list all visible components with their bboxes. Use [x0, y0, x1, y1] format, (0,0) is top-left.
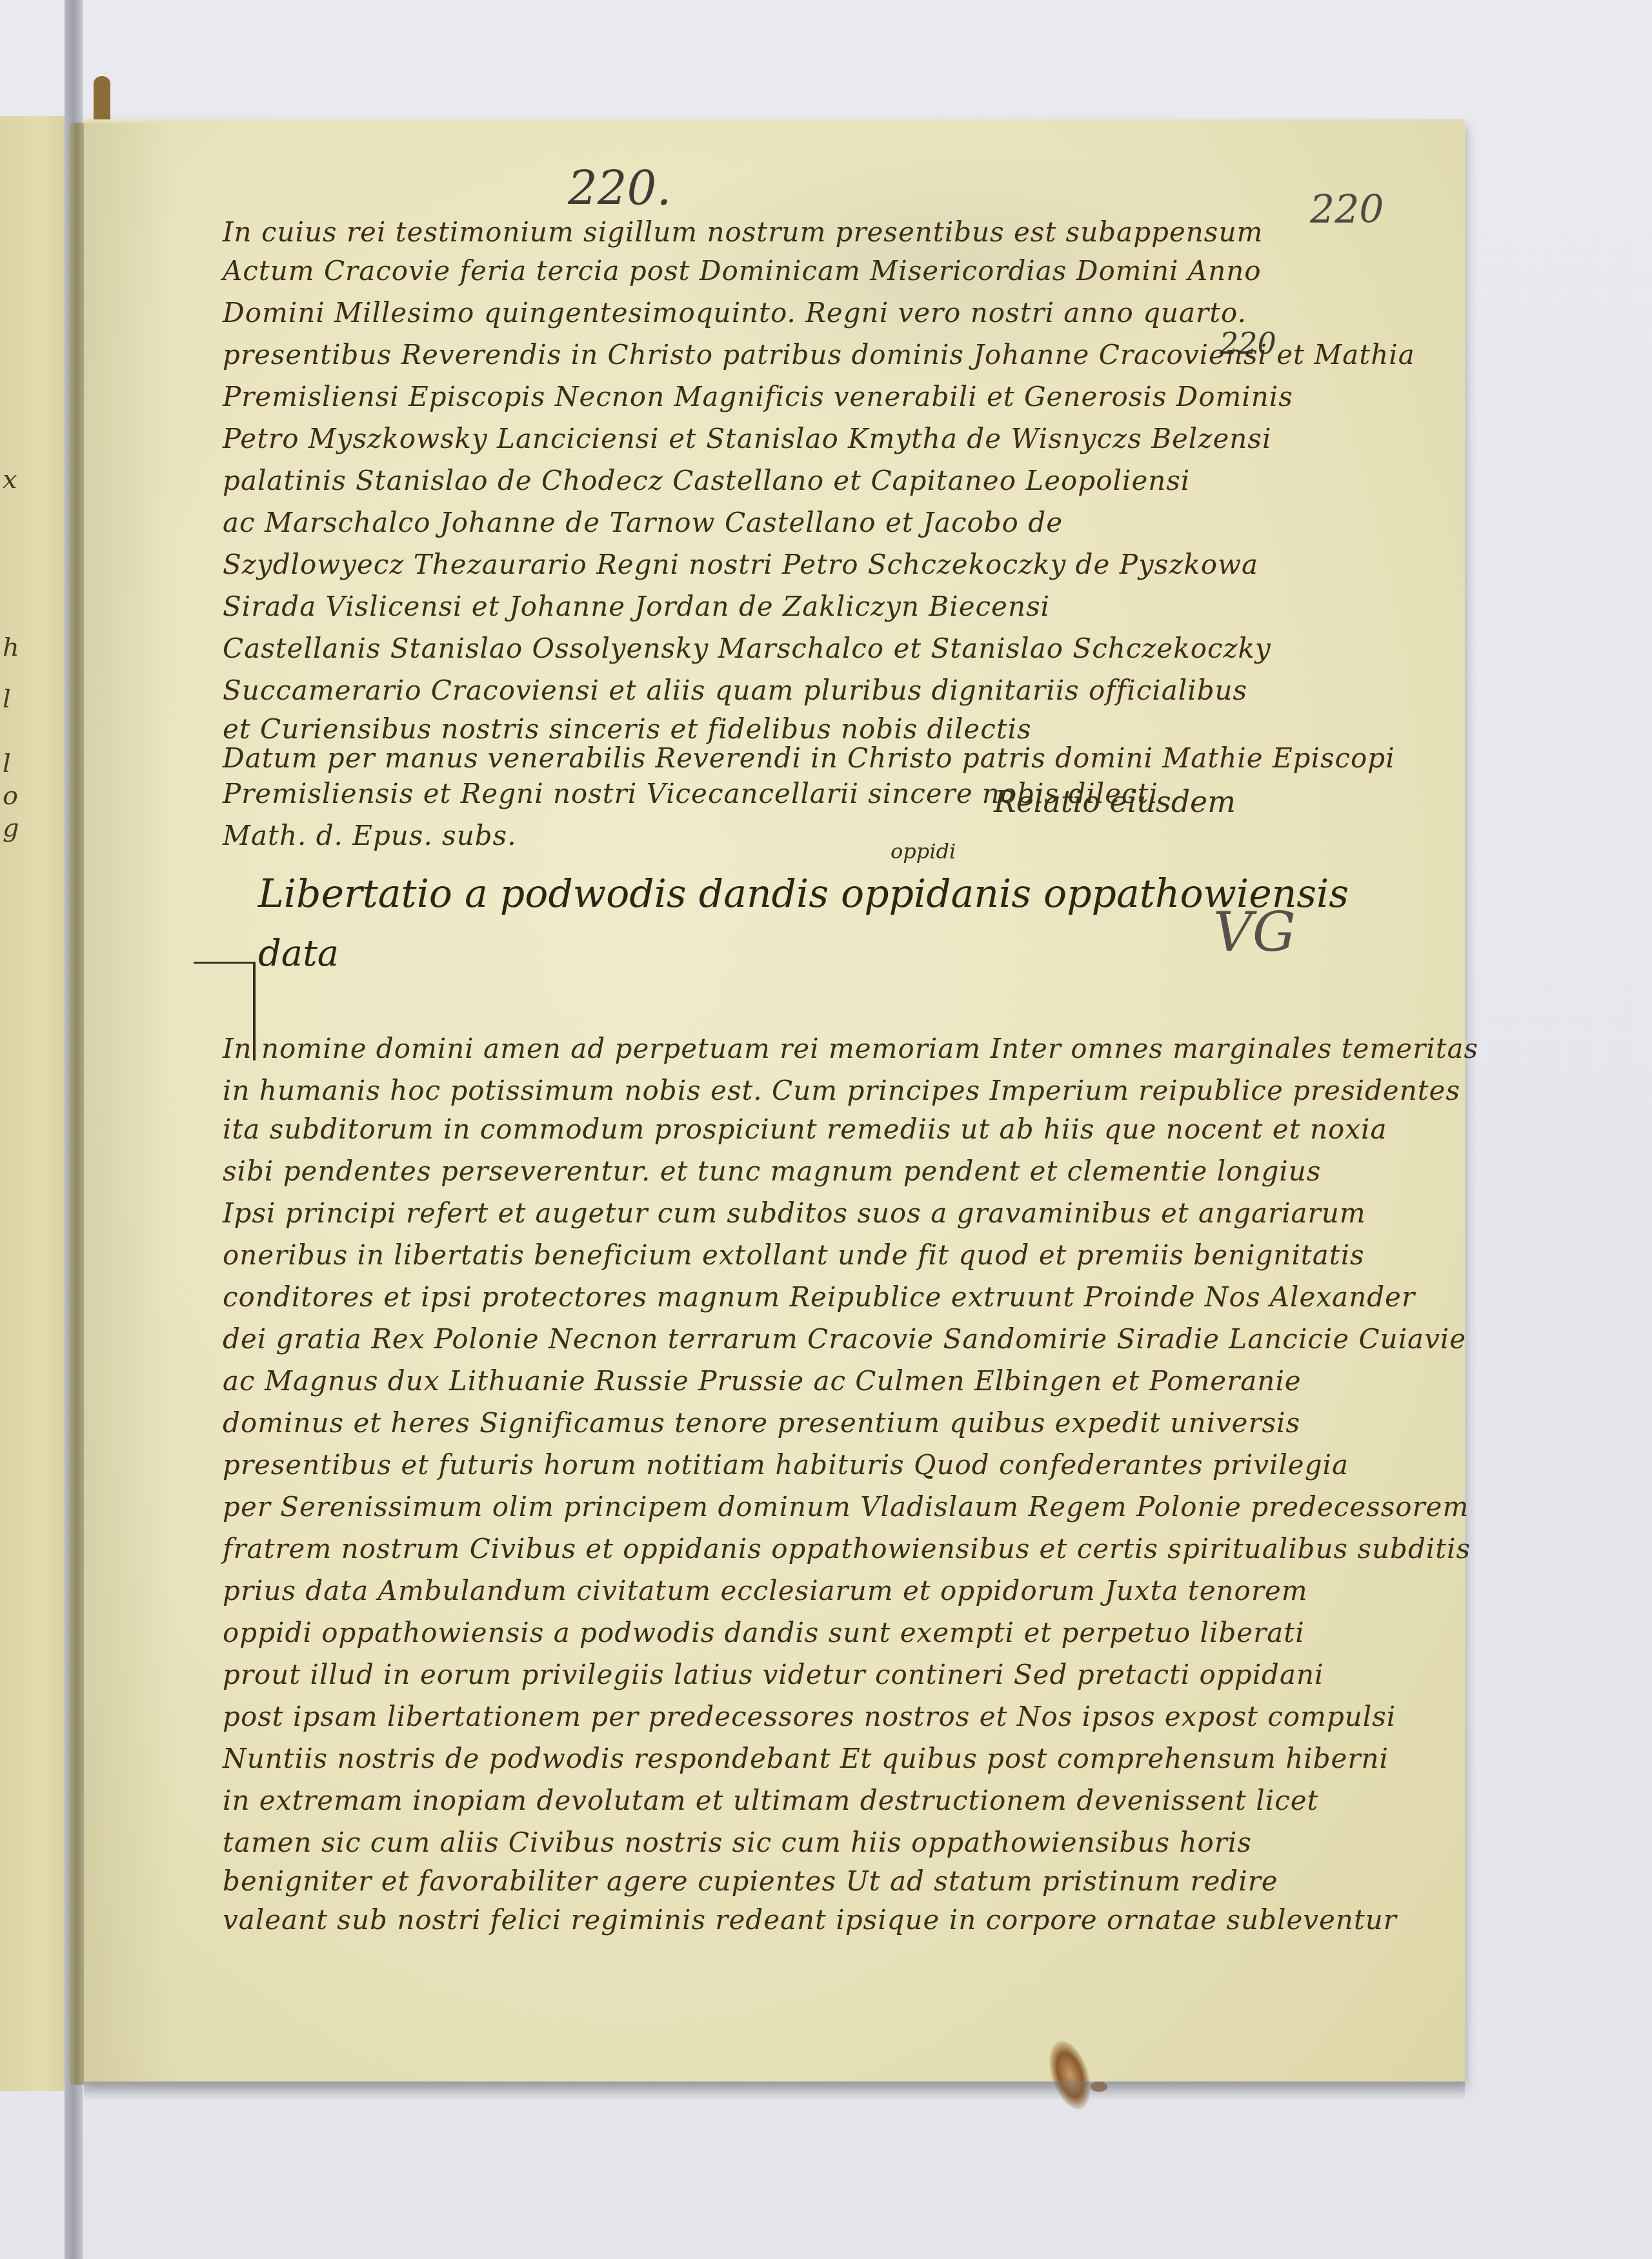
signature-left: Math. d. Epus. subs.: [223, 820, 517, 851]
text-line: Succamerario Cracoviensi et aliis quam p…: [223, 674, 1247, 706]
text-line: palatinis Stanislao de Chodecz Castellan…: [223, 465, 1190, 496]
text-line: ac Marschalco Johanne de Tarnow Castella…: [223, 507, 1063, 538]
text-line: Nuntiis nostris de podwodis respondebant…: [223, 1743, 1389, 1774]
text-line: presentibus et futuris horum notitiam ha…: [223, 1449, 1349, 1481]
text-line: et Curiensibus nostris sinceris et fidel…: [223, 713, 1032, 745]
binding-gutter: [70, 123, 84, 2085]
text-line: dominus et heres Significamus tenore pre…: [223, 1407, 1300, 1439]
text-line: post ipsam libertationem per predecessor…: [223, 1701, 1396, 1732]
text-line: per Serenissimum olim principem dominum …: [223, 1491, 1469, 1523]
facing-page-left-leaf: x h l l o g: [0, 116, 70, 2091]
entry-heading: Libertatio a podwodis dandis oppidanis o…: [258, 871, 1349, 917]
text-line: benigniter et favorabiliter agere cupien…: [223, 1865, 1278, 1897]
text-line: tamen sic cum aliis Civibus nostris sic …: [223, 1827, 1252, 1858]
text-line: sibi pendentes perseverentur. et tunc ma…: [223, 1155, 1321, 1187]
interlinear-gloss: oppidi: [891, 839, 956, 864]
text-line: prout illud in eorum privilegiis latius …: [223, 1659, 1324, 1690]
text-line: ita subditorum in commodum prospiciunt r…: [223, 1113, 1387, 1145]
folio-number-center: 220.: [568, 161, 671, 216]
page-bottom-shadow: [84, 2082, 1465, 2101]
left-leaf-fragment: x: [3, 465, 17, 494]
paper-tab-fragment: [94, 76, 110, 123]
text-line: in humanis hoc potissimum nobis est. Cum…: [223, 1075, 1460, 1106]
text-line: In nomine domini amen ad perpetuam rei m…: [223, 1033, 1478, 1064]
text-line: dei gratia Rex Polonie Necnon terrarum C…: [223, 1323, 1466, 1355]
left-leaf-fragment: l: [3, 684, 11, 714]
text-line: fratrem nostrum Civibus et oppidanis opp…: [223, 1533, 1471, 1565]
text-line: Premisliensi Episcopis Necnon Magnificis…: [223, 381, 1293, 412]
text-line: conditores et ipsi protectores magnum Re…: [223, 1281, 1415, 1313]
text-line: presentibus Reverendis in Christo patrib…: [223, 339, 1415, 370]
text-line: In cuius rei testimonium sigillum nostru…: [223, 216, 1263, 248]
text-line: oneribus in libertatis beneficium extoll…: [223, 1239, 1365, 1271]
text-line: prius data Ambulandum civitatum ecclesia…: [223, 1575, 1308, 1606]
text-line: in extremam inopiam devolutam et ultimam…: [223, 1785, 1318, 1816]
left-leaf-fragment: o: [3, 781, 18, 811]
text-line: ac Magnus dux Lithuanie Russie Prussie a…: [223, 1365, 1302, 1397]
text-line: Castellanis Stanislao Ossolyensky Marsch…: [223, 633, 1271, 664]
page-fold-shadow: [84, 123, 174, 2085]
entry-heading-continuation: data: [258, 933, 339, 975]
text-line: oppidi oppathowiensis a podwodis dandis …: [223, 1617, 1305, 1648]
left-leaf-fragment: h: [3, 633, 19, 662]
text-line: Domini Millesimo quingentesimoquinto. Re…: [223, 297, 1247, 329]
text-line: Datum per manus venerabilis Reverendi in…: [223, 742, 1395, 774]
text-line: Petro Myszkowsky Lanciciensi et Stanisla…: [223, 423, 1271, 454]
text-line: valeant sub nostri felici regiminis rede…: [223, 1904, 1397, 1936]
text-line: Sirada Vislicensi et Johanne Jordan de Z…: [223, 591, 1050, 622]
text-line: Szydlowyecz Thezaurario Regni nostri Pet…: [223, 549, 1258, 580]
folio-number-top-right: 220: [1310, 187, 1384, 232]
text-line: Actum Cracovie feria tercia post Dominic…: [223, 255, 1262, 287]
signature-right: Relatio eiusdem: [994, 784, 1236, 819]
left-leaf-fragment: g: [3, 813, 19, 843]
left-leaf-fragment: l: [3, 749, 11, 778]
text-line: Ipsi principi refert et augetur cum subd…: [223, 1197, 1366, 1229]
margin-mark: VG: [1213, 900, 1296, 964]
